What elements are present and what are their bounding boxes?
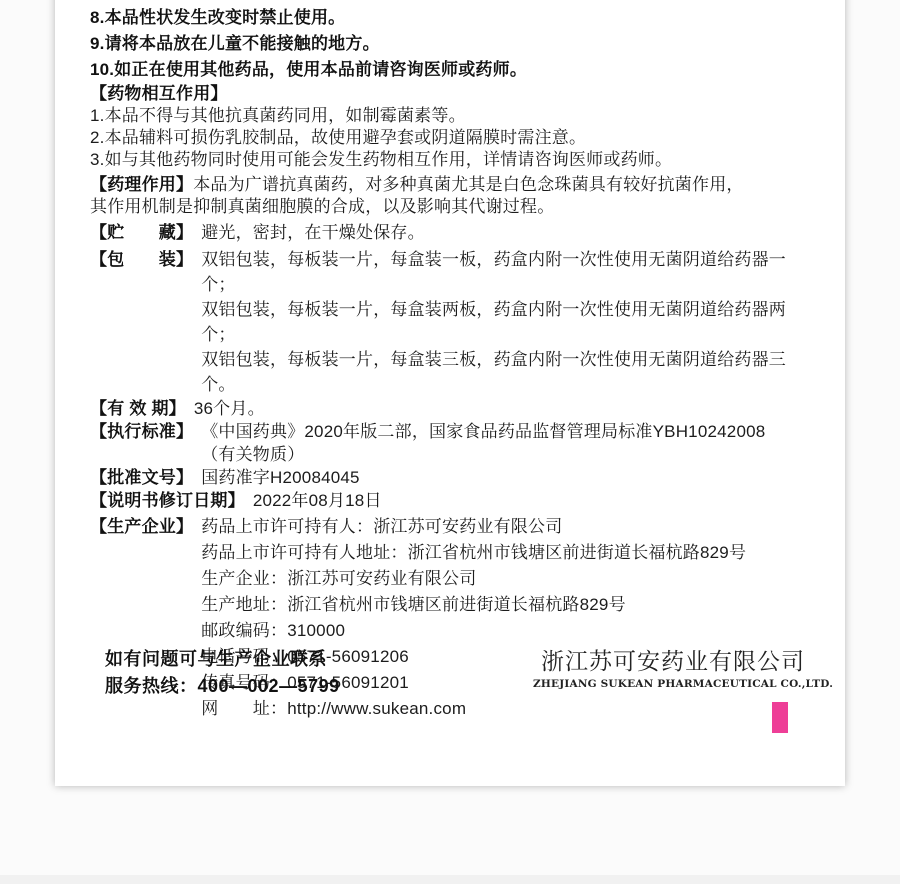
precaution-item-8: 8.本品性状发生改变时禁止使用。 [90, 5, 817, 31]
packaging-label: 【包 装】 [90, 247, 193, 272]
bottom-edge-strip [0, 875, 900, 884]
drug-interactions-section: 【药物相互作用】 1.本品不得与其他抗真菌药同用，如制霉菌素等。 2.本品辅料可… [90, 83, 817, 171]
company-name-cn: 浙江苏可安药业有限公司 [533, 648, 813, 676]
validity-row: 【有 效 期】 36个月。 [90, 397, 817, 420]
contact-note-line: 如有问题可与生产企业联系 [105, 646, 340, 673]
revision-text: 2022年08月18日 [253, 489, 817, 512]
standard-lines: 《中国药典》2020年版二部，国家食品药品监督管理局标准YBH10242008 … [201, 420, 817, 466]
approval-row: 【批准文号】 国药准字H20084045 [90, 466, 817, 489]
standard-label: 【执行标准】 [90, 420, 193, 443]
mah-address: 药品上市许可持有人地址：浙江省杭州市钱塘区前进街道长福杭路829号 [201, 540, 817, 566]
revision-row: 【说明书修订日期】 2022年08月18日 [90, 489, 817, 512]
packaging-line-2: 双铝包装，每板装一片，每盒装两板，药盒内附一次性使用无菌阴道给药器两个； [201, 297, 817, 347]
interaction-item-2: 2.本品辅料可损伤乳胶制品，故使用避孕套或阴道隔膜时需注意。 [90, 127, 817, 149]
manufacturer-name: 生产企业：浙江苏可安药业有限公司 [201, 566, 817, 592]
revision-label: 【说明书修订日期】 [90, 489, 245, 512]
document-page: 8.本品性状发生改变时禁止使用。 9.请将本品放在儿童不能接触的地方。 10.如… [55, 0, 845, 786]
storage-text: 避光，密封，在干燥处保存。 [201, 220, 817, 245]
standard-line-2: （有关物质） [201, 443, 817, 466]
pharmacology-section: 【药理作用】本品为广谱抗真菌药，对多种真菌尤其是白色念珠菌具有较好抗菌作用， 其… [90, 174, 817, 218]
service-hotline: 服务热线：400—002—5799 [105, 673, 340, 700]
company-logo-block: 浙江苏可安药业有限公司 ZHEJIANG SUKEAN PHARMACEUTIC… [533, 648, 813, 690]
packaging-line-1: 双铝包装，每板装一片，每盒装一板，药盒内附一次性使用无菌阴道给药器一个； [201, 247, 817, 297]
approval-text: 国药准字H20084045 [201, 466, 817, 489]
interaction-item-1: 1.本品不得与其他抗真菌药同用，如制霉菌素等。 [90, 105, 817, 127]
contact-note: 如有问题可与生产企业联系 服务热线：400—002—5799 [105, 646, 340, 700]
precautions-section: 8.本品性状发生改变时禁止使用。 9.请将本品放在儿童不能接触的地方。 10.如… [90, 5, 817, 83]
company-name-en: ZHEJIANG SUKEAN PHARMACEUTICAL CO.,LTD. [533, 678, 813, 690]
pharmacology-line-2: 其作用机制是抑制真菌细胞膜的合成，以及影响其代谢过程。 [90, 196, 817, 218]
pharmacology-text-1: 本品为广谱抗真菌药，对多种真菌尤其是白色念珠菌具有较好抗菌作用， [193, 175, 743, 194]
interaction-item-3: 3.如与其他药物同时使用可能会发生药物相互作用，详情请咨询医师或药师。 [90, 149, 817, 171]
drug-interactions-header: 【药物相互作用】 [90, 83, 817, 105]
packaging-lines: 双铝包装，每板装一片，每盒装一板，药盒内附一次性使用无菌阴道给药器一个； 双铝包… [201, 247, 817, 397]
mah-name: 药品上市许可持有人：浙江苏可安药业有限公司 [201, 514, 817, 540]
packaging-row: 【包 装】 双铝包装，每板装一片，每盒装一板，药盒内附一次性使用无菌阴道给药器一… [90, 247, 817, 397]
standard-row: 【执行标准】 《中国药典》2020年版二部，国家食品药品监督管理局标准YBH10… [90, 420, 817, 466]
storage-row: 【贮 藏】 避光，密封，在干燥处保存。 [90, 220, 817, 245]
precaution-item-9: 9.请将本品放在儿童不能接触的地方。 [90, 31, 817, 57]
pharmacology-label: 【药理作用】 [90, 175, 193, 194]
storage-label: 【贮 藏】 [90, 220, 193, 245]
validity-text: 36个月。 [194, 397, 817, 420]
precaution-item-10: 10.如正在使用其他药品，使用本品前请咨询医师或药师。 [90, 57, 817, 83]
pink-registration-mark [772, 702, 788, 733]
manufacturer-address: 生产地址：浙江省杭州市钱塘区前进街道长福杭路829号 [201, 592, 817, 618]
manufacturer-label: 【生产企业】 [90, 514, 193, 540]
postal-code: 邮政编码：310000 [201, 618, 817, 644]
validity-label: 【有 效 期】 [90, 397, 186, 420]
pharmacology-line-1: 【药理作用】本品为广谱抗真菌药，对多种真菌尤其是白色念珠菌具有较好抗菌作用， [90, 174, 817, 196]
leaflet-content: 8.本品性状发生改变时禁止使用。 9.请将本品放在儿童不能接触的地方。 10.如… [55, 0, 845, 722]
standard-line-1: 《中国药典》2020年版二部，国家食品药品监督管理局标准YBH10242008 [201, 420, 817, 443]
packaging-line-3: 双铝包装，每板装一片，每盒装三板，药盒内附一次性使用无菌阴道给药器三个。 [201, 347, 817, 397]
approval-label: 【批准文号】 [90, 466, 193, 489]
